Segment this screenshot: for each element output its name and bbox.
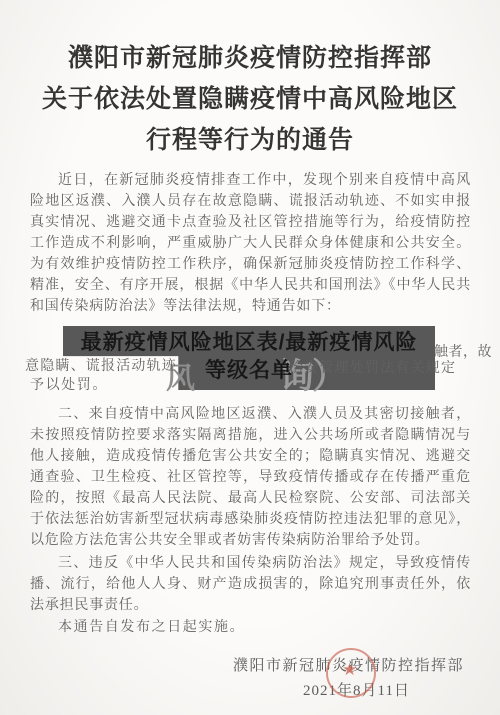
banner-text-line-1: 最新疫情风险地区表/最新疫情风险 bbox=[63, 329, 435, 357]
notice-title: 濮阳市新冠肺炎疫情防控指挥部 关于依法处置隐瞒疫情中高风险地区 行程等行为的通告 bbox=[10, 38, 490, 161]
closing-line: 本通告自发布之日起实施。 bbox=[30, 616, 471, 636]
document-photo: 濮阳市新冠肺炎疫情防控指挥部 关于依法处置隐瞒疫情中高风险地区 行程等行为的通告… bbox=[0, 0, 500, 715]
notice-photo-page: 濮阳市新冠肺炎疫情防控指挥部 关于依法处置隐瞒疫情中高风险地区 行程等行为的通告… bbox=[0, 0, 500, 715]
item2-paragraph: 二、来自疫情中高风险地区返濮、入濮人员及其密切接触者，未按照疫情防控要求落实隔离… bbox=[30, 404, 471, 551]
official-seal-icon: ★ bbox=[326, 648, 376, 698]
title-line-3: 行程等行为的通告 bbox=[10, 120, 490, 161]
item1-fragment-line2-left: 意隐瞒、谎报活动轨迹 bbox=[25, 355, 177, 375]
item1-fragment-line2-right: 治安管理处罚法有关规定 bbox=[289, 357, 456, 377]
seal-star-icon: ★ bbox=[342, 662, 357, 679]
item3-paragraph: 三、违反《中华人民共和国传染病防治法》规定，导致疫情传播、流行，给他人人身、财产… bbox=[30, 553, 471, 616]
item1-fragment-line3: 予以处罚。 bbox=[30, 374, 108, 394]
title-line-2: 关于依法处置隐瞒疫情中高风险地区 bbox=[10, 79, 490, 120]
title-line-1: 濮阳市新冠肺炎疫情防控指挥部 bbox=[10, 38, 490, 79]
intro-paragraph: 近日，在新冠肺炎疫情排查工作中，发现个别来自疫情中高风险地区返濮、入濮人员存在故… bbox=[30, 170, 471, 317]
